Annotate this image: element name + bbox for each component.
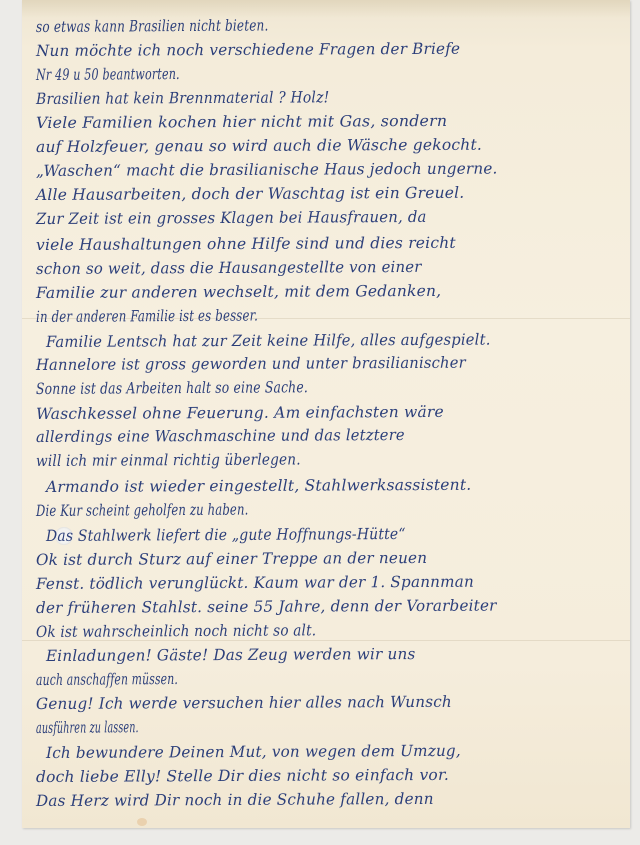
handwritten-line: will ich mir einmal richtig überlegen. xyxy=(36,450,301,470)
handwritten-line: Brasilien hat kein Brennmaterial ? Holz! xyxy=(36,88,329,108)
handwritten-line: Die Kur scheint geholfen zu haben. xyxy=(36,501,248,520)
handwritten-line: Das Stahlwerk liefert die „gute Hoffnung… xyxy=(46,525,406,545)
handwritten-line: viele Haushaltungen ohne Hilfe sind und … xyxy=(36,234,456,254)
handwritten-line: Familie Lentsch hat zur Zeit keine Hilfe… xyxy=(46,331,491,351)
handwritten-line: auch anschaffen müssen. xyxy=(36,670,178,689)
handwritten-line: Armando ist wieder eingestellt, Stahlwer… xyxy=(46,476,471,496)
handwritten-line: „Waschen“ macht die brasilianische Haus … xyxy=(36,160,498,180)
handwritten-line: Fenst. tödlich verunglückt. Kaum war der… xyxy=(36,573,474,593)
handwritten-line: Einladungen! Gäste! Das Zeug werden wir … xyxy=(46,645,416,665)
handwritten-line: schon so weit, dass die Hausangestellte … xyxy=(36,258,422,278)
handwritten-line: in der anderen Familie ist es besser. xyxy=(36,306,258,326)
handwritten-line: Familie zur anderen wechselt, mit dem Ge… xyxy=(36,282,441,302)
handwritten-line: Nr 49 u 50 beantworten. xyxy=(36,65,180,84)
handwritten-line: Waschkessel ohne Feuerung. Am einfachste… xyxy=(36,403,444,423)
handwritten-line: Das Herz wird Dir noch in die Schuhe fal… xyxy=(36,790,434,810)
handwritten-line: Ok ist wahrscheinlich noch nicht so alt. xyxy=(36,621,316,641)
handwritten-line: auf Holzfeuer, genau so wird auch die Wä… xyxy=(36,136,482,156)
handwritten-line: ausführen zu lassen. xyxy=(36,718,139,737)
handwritten-line: Zur Zeit ist ein grosses Klagen bei Haus… xyxy=(36,208,427,228)
handwritten-line: Viele Familien kochen hier nicht mit Gas… xyxy=(36,112,447,132)
handwritten-line: Alle Hausarbeiten, doch der Waschtag ist… xyxy=(36,184,464,204)
handwritten-line: Ich bewundere Deinen Mut, von wegen dem … xyxy=(46,742,461,762)
handwritten-line: doch liebe Elly! Stelle Dir dies nicht s… xyxy=(36,766,449,786)
handwritten-line: Nun möchte ich noch verschiedene Fragen … xyxy=(36,40,460,60)
handwritten-line: allerdings eine Waschmaschine und das le… xyxy=(36,426,405,446)
handwritten-line: der früheren Stahlst. seine 55 Jahre, de… xyxy=(36,597,497,617)
handwritten-line: Hannelore ist gross geworden und unter b… xyxy=(36,354,466,374)
paper-stain xyxy=(137,818,147,826)
handwritten-line: so etwas kann Brasilien nicht bieten. xyxy=(36,16,269,36)
handwritten-line: Genug! Ich werde versuchen hier alles na… xyxy=(36,693,452,713)
handwritten-line: Ok ist durch Sturz auf einer Treppe an d… xyxy=(36,549,427,569)
handwritten-line: Sonne ist das Arbeiten halt so eine Sach… xyxy=(36,378,308,398)
